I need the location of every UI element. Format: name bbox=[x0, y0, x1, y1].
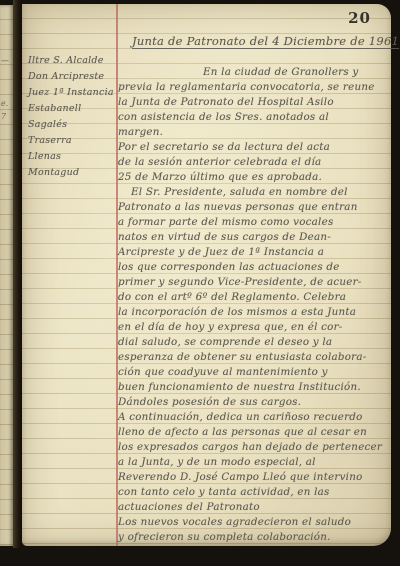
manuscript-line: dial saludo, se comprende el deseo y la bbox=[118, 335, 388, 350]
manuscript-line: con asistencia de los Sres. anotados al bbox=[118, 110, 388, 125]
manuscript-body: En la ciudad de Granollers yprevia la re… bbox=[118, 65, 388, 545]
manuscript-line: natos en virtud de sus cargos de Dean- bbox=[118, 230, 388, 245]
manuscript-line: a la Junta, y de un modo especial, al bbox=[118, 455, 388, 470]
manuscript-line: En la ciudad de Granollers y bbox=[118, 65, 388, 80]
facing-page-edge: —e.7 bbox=[0, 5, 13, 546]
manuscript-line: do con el artº 6º del Reglamento. Celebr… bbox=[118, 290, 388, 305]
manuscript-line: Los nuevos vocales agradecieron el salud… bbox=[118, 515, 388, 530]
manuscript-line: primer y segundo Vice-Presidente, de acu… bbox=[118, 275, 388, 290]
manuscript-line: previa la reglamentaria convocatoria, se… bbox=[118, 80, 388, 95]
attendees-margin-list: Iltre S. AlcaldeDon ArcipresteJuez 1ª In… bbox=[28, 53, 116, 181]
manuscript-line: y ofrecieron su completa colaboración. bbox=[118, 530, 388, 545]
entry-title: Junta de Patronato del 4 Diciembre de 19… bbox=[132, 34, 399, 48]
manuscript-line: El Sr. Presidente, saluda en nombre del bbox=[118, 185, 388, 200]
manuscript-line: actuaciones del Patronato bbox=[118, 500, 388, 515]
margin-attendee: Traserra bbox=[28, 133, 116, 149]
edge-stray-mark: — bbox=[1, 57, 9, 65]
manuscript-line: ción que coadyuve al mantenimiento y bbox=[118, 365, 388, 380]
manuscript-line: los que corresponden las actuaciones de bbox=[118, 260, 388, 275]
margin-attendee: Montagud bbox=[28, 165, 116, 181]
manuscript-line: a formar parte del mismo como vocales bbox=[118, 215, 388, 230]
margin-attendee: Iltre S. Alcalde bbox=[28, 53, 116, 69]
edge-stray-mark: e. bbox=[1, 100, 8, 108]
manuscript-line: en el día de hoy y expresa que, en él co… bbox=[118, 320, 388, 335]
margin-attendee: Llenas bbox=[28, 149, 116, 165]
manuscript-line: los expresados cargos han dejado de pert… bbox=[118, 440, 388, 455]
manuscript-line: la incorporación de los mismos a esta Ju… bbox=[118, 305, 388, 320]
manuscript-line: Reverendo D. José Campo Lleó que intervi… bbox=[118, 470, 388, 485]
manuscript-line: Dándoles posesión de sus cargos. bbox=[118, 395, 388, 410]
manuscript-line: Por el secretario se da lectura del acta bbox=[118, 140, 388, 155]
margin-attendee: Sagalés bbox=[28, 117, 116, 133]
manuscript-line: Arcipreste y de Juez de 1ª Instancia a bbox=[118, 245, 388, 260]
manuscript-line: la Junta de Patronato del Hospital Asilo bbox=[118, 95, 388, 110]
margin-attendee: Juez 1ª Instancia bbox=[28, 85, 116, 101]
scanned-book-photo: —e.7 20 Junta de Patronato del 4 Diciemb… bbox=[0, 0, 400, 566]
margin-attendee: Don Arcipreste bbox=[28, 69, 116, 85]
manuscript-line: con tanto celo y tanta actividad, en las bbox=[118, 485, 388, 500]
manuscript-line: buen funcionamiento de nuestra Instituci… bbox=[118, 380, 388, 395]
book-gutter-shadow bbox=[13, 0, 22, 548]
margin-attendee: Estabanell bbox=[28, 101, 116, 117]
edge-stray-mark: 7 bbox=[1, 113, 6, 121]
manuscript-line: de la sesión anterior celebrada el día bbox=[118, 155, 388, 170]
manuscript-line: lleno de afecto a las personas que al ce… bbox=[118, 425, 388, 440]
manuscript-line: esperanza de obtener su entusiasta colab… bbox=[118, 350, 388, 365]
manuscript-line: Patronato a las nuevas personas que entr… bbox=[118, 200, 388, 215]
manuscript-line: 25 de Marzo último que es aprobada. bbox=[118, 170, 388, 185]
manuscript-page: 20 Junta de Patronato del 4 Diciembre de… bbox=[22, 4, 391, 546]
manuscript-line: margen. bbox=[118, 125, 388, 140]
page-number: 20 bbox=[348, 9, 371, 27]
manuscript-line: A continuación, dedica un cariñoso recue… bbox=[118, 410, 388, 425]
